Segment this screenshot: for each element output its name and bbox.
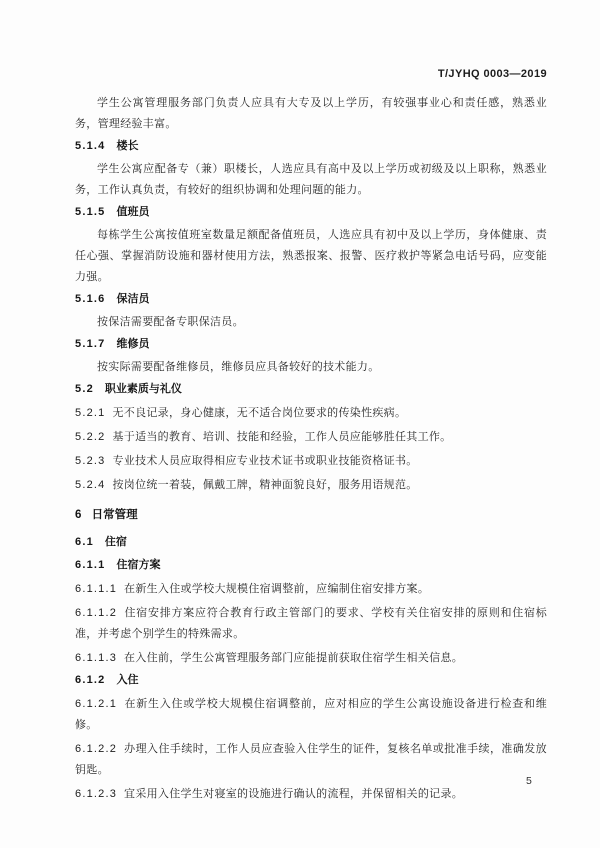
clause-title: 值班员	[116, 206, 149, 218]
clause-number: 6.1	[75, 536, 94, 548]
clause-number: 5.1.6	[75, 293, 105, 305]
clause-text: 宜采用入住学生对寝室的设施进行确认的流程，并保留相关的记录。	[124, 788, 463, 800]
clause-heading: 5.1.4楼长	[75, 136, 547, 157]
clause-title: 入住	[116, 674, 138, 686]
clause-title: 职业素质与礼仪	[105, 383, 182, 395]
clause-paragraph: 按保洁需要配备专职保洁员。	[75, 312, 547, 333]
clause-item: 5.2.2基于适当的教育、培训、技能和经验，工作人员应能够胜任其工作。	[75, 427, 547, 448]
clause-heading: 5.1.7维修员	[75, 334, 547, 355]
clause-title: 住宿方案	[116, 559, 160, 571]
clause-text: 办理入住手续时，工作人员应查验入住学生的证件，复核名单或批准手续，准确发放钥匙。	[75, 743, 547, 776]
chapter-title: 日常管理	[92, 509, 138, 521]
clause-number: 6.1.2.2	[75, 743, 117, 755]
clause-number: 6.1.2.1	[75, 698, 117, 710]
clause-item: 5.2.1无不良记录，身心健康，无不适合岗位要求的传染性疾病。	[75, 403, 547, 424]
clause-paragraph: 每栋学生公寓按值班室数量足额配备值班员，人选应具有初中及以上学历，身体健康、责任…	[75, 225, 547, 288]
document-body: 学生公寓管理服务部门负责人应具有大专及以上学历，有较强事业心和责任感，熟悉业务，…	[75, 92, 547, 805]
clause-title: 维修员	[116, 338, 149, 350]
clause-text: 在入住前，学生公寓管理服务部门应能提前获取住宿学生相关信息。	[124, 652, 463, 664]
clause-number: 6.1.1	[75, 559, 105, 571]
clause-paragraph: 按实际需要配备维修员，维修员应具备较好的技术能力。	[75, 357, 547, 378]
clause-item: 5.2.4按岗位统一着装，佩戴工牌，精神面貌良好，服务用语规范。	[75, 475, 547, 496]
clause-heading: 5.2职业素质与礼仪	[75, 379, 547, 400]
clause-item: 6.1.2.3宜采用入住学生对寝室的设施进行确认的流程，并保留相关的记录。	[75, 784, 547, 805]
clause-number: 6.1.1.1	[75, 583, 117, 595]
clause-number: 5.1.4	[75, 140, 105, 152]
standard-code-header: T/JYHQ 0003—2019	[438, 68, 547, 80]
clause-number: 5.1.5	[75, 206, 105, 218]
clause-heading: 5.1.6保洁员	[75, 289, 547, 310]
clause-title: 楼长	[116, 140, 138, 152]
clause-text: 按岗位统一着装，佩戴工牌，精神面貌良好，服务用语规范。	[112, 479, 417, 491]
clause-number: 5.2.4	[75, 479, 105, 491]
clause-heading: 6.1.1住宿方案	[75, 555, 547, 576]
clause-number: 5.2.1	[75, 407, 105, 419]
clause-item: 6.1.1.1在新生入住或学校大规模住宿调整前，应编制住宿安排方案。	[75, 579, 547, 600]
clause-item: 6.1.1.2住宿安排方案应符合教育行政主管部门的要求、学校有关住宿安排的原则和…	[75, 603, 547, 645]
clause-number: 6.1.1.3	[75, 652, 117, 664]
clause-number: 5.2	[75, 383, 94, 395]
clause-item: 5.2.3专业技术人员应取得相应专业技术证书或职业技能资格证书。	[75, 451, 547, 472]
clause-paragraph: 学生公寓应配备专（兼）职楼长，人选应具有高中及以上学历或初级及以上职称，熟悉业务…	[75, 159, 547, 201]
clause-item: 6.1.2.2办理入住手续时，工作人员应查验入住学生的证件，复核名单或批准手续，…	[75, 739, 547, 781]
clause-item: 6.1.1.3在入住前，学生公寓管理服务部门应能提前获取住宿学生相关信息。	[75, 648, 547, 669]
clause-number: 5.1.7	[75, 338, 105, 350]
chapter-heading: 6日常管理	[75, 505, 547, 526]
clause-number: 5.2.2	[75, 431, 105, 443]
clause-text: 专业技术人员应取得相应专业技术证书或职业技能资格证书。	[112, 455, 417, 467]
clause-number: 6.1.2.3	[75, 788, 117, 800]
document-page: T/JYHQ 0003—2019 学生公寓管理服务部门负责人应具有大专及以上学历…	[0, 0, 600, 848]
chapter-number: 6	[75, 509, 83, 521]
clause-text: 在新生入住或学校大规模住宿调整前，应编制住宿安排方案。	[124, 583, 429, 595]
clause-number: 5.2.3	[75, 455, 105, 467]
page-number: 5	[526, 775, 532, 787]
clause-number: 6.1.2	[75, 674, 105, 686]
clause-heading: 5.1.5值班员	[75, 202, 547, 223]
clause-item: 6.1.2.1在新生入住或学校大规模住宿调整前，应对相应的学生公寓设施设备进行检…	[75, 694, 547, 736]
clause-text: 基于适当的教育、培训、技能和经验，工作人员应能够胜任其工作。	[112, 431, 451, 443]
clause-text: 住宿安排方案应符合教育行政主管部门的要求、学校有关住宿安排的原则和住宿标准，并考…	[75, 607, 547, 640]
clause-title: 保洁员	[116, 293, 149, 305]
clause-heading: 6.1.2入住	[75, 670, 547, 691]
clause-number: 6.1.1.2	[75, 607, 117, 619]
clause-paragraph: 学生公寓管理服务部门负责人应具有大专及以上学历，有较强事业心和责任感，熟悉业务，…	[75, 93, 547, 135]
clause-text: 无不良记录，身心健康，无不适合岗位要求的传染性疾病。	[112, 407, 406, 419]
clause-title: 住宿	[105, 536, 127, 548]
clause-heading: 6.1住宿	[75, 532, 547, 553]
clause-text: 在新生入住或学校大规模住宿调整前，应对相应的学生公寓设施设备进行检查和维修。	[75, 698, 547, 731]
